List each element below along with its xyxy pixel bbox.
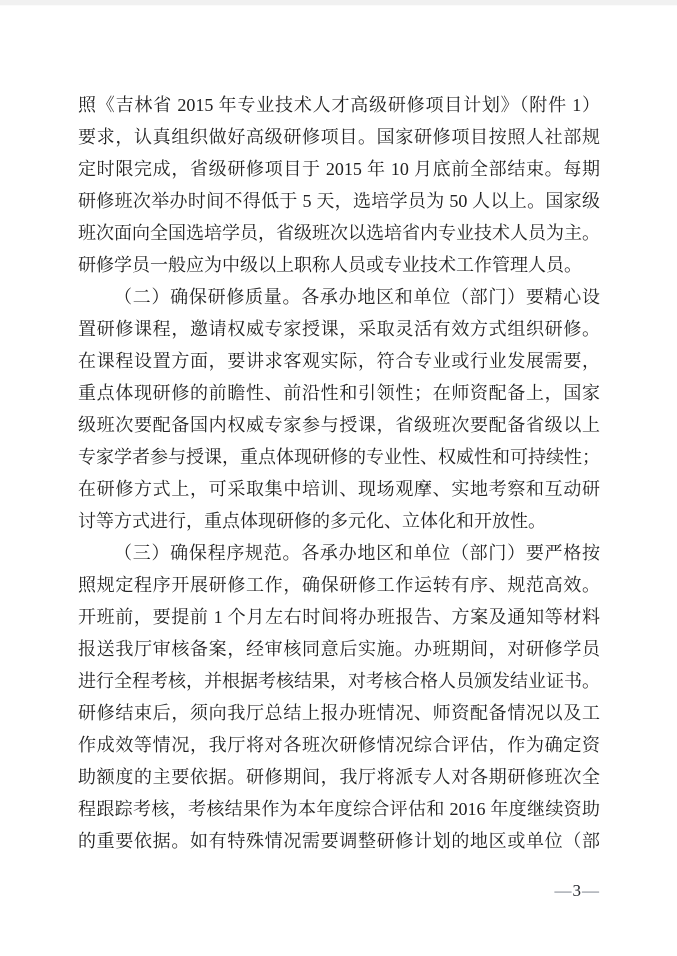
- page-number-dash: —: [582, 881, 600, 900]
- text-line: 开班前，要提前 1 个月左右时间将办班报告、方案及通知等材料: [78, 601, 600, 633]
- text-line: 照规定程序开展研修工作，确保研修工作运转有序、规范高效。: [78, 569, 600, 601]
- text-line: 置研修课程，邀请权威专家授课，采取灵活有效方式组织研修。: [78, 313, 600, 345]
- text-line: 报送我厅审核备案，经审核同意后实施。办班期间，对研修学员: [78, 633, 600, 665]
- text-line: 研修学员一般应为中级以上职称人员或专业技术工作管理人员。: [78, 249, 600, 281]
- text-line: 在课程设置方面，要讲求客观实际，符合专业或行业发展需要，: [78, 345, 600, 377]
- text-line: （二）确保研修质量。各承办地区和单位（部门）要精心设: [78, 281, 600, 313]
- paragraph-2: （二）确保研修质量。各承办地区和单位（部门）要精心设 置研修课程，邀请权威专家授…: [78, 281, 600, 537]
- document-page: 照《吉林省 2015 年专业技术人才高级研修项目计划》（附件 1） 要求，认真组…: [0, 0, 677, 956]
- text-line: 的重要依据。如有特殊情况需要调整研修计划的地区或单位（部: [78, 825, 600, 857]
- document-body: 照《吉林省 2015 年专业技术人才高级研修项目计划》（附件 1） 要求，认真组…: [78, 89, 600, 857]
- text-line: （三）确保程序规范。各承办地区和单位（部门）要严格按: [78, 537, 600, 569]
- text-line: 照《吉林省 2015 年专业技术人才高级研修项目计划》（附件 1）: [78, 89, 600, 121]
- page-number: —3—: [555, 879, 601, 903]
- text-line: 要求，认真组织做好高级研修项目。国家研修项目按照人社部规: [78, 121, 600, 153]
- paragraph-3: （三）确保程序规范。各承办地区和单位（部门）要严格按 照规定程序开展研修工作，确…: [78, 537, 600, 857]
- text-line: 进行全程考核，并根据考核结果，对考核合格人员颁发结业证书。: [78, 665, 600, 697]
- text-line: 程跟踪考核，考核结果作为本年度综合评估和 2016 年度继续资助: [78, 793, 600, 825]
- scan-edge-artifact: [0, 0, 677, 6]
- text-line: 助额度的主要依据。研修期间，我厅将派专人对各期研修班次全: [78, 761, 600, 793]
- text-line: 讨等方式进行，重点体现研修的多元化、立体化和开放性。: [78, 505, 600, 537]
- text-line: 研修班次举办时间不得低于 5 天，选培学员为 50 人以上。国家级: [78, 185, 600, 217]
- text-line: 重点体现研修的前瞻性、前沿性和引领性；在师资配备上，国家: [78, 377, 600, 409]
- text-line: 定时限完成，省级研修项目于 2015 年 10 月底前全部结束。每期: [78, 153, 600, 185]
- paragraph-1: 照《吉林省 2015 年专业技术人才高级研修项目计划》（附件 1） 要求，认真组…: [78, 89, 600, 281]
- text-line: 班次面向全国选培学员，省级班次以选培省内专业技术人员为主。: [78, 217, 600, 249]
- text-line: 级班次要配备国内权威专家参与授课，省级班次要配备省级以上: [78, 409, 600, 441]
- page-number-value: 3: [573, 881, 583, 900]
- text-line: 作成效等情况，我厅将对各班次研修情况综合评估，作为确定资: [78, 729, 600, 761]
- text-line: 在研修方式上，可采取集中培训、现场观摩、实地考察和互动研: [78, 473, 600, 505]
- page-number-dash: —: [555, 881, 573, 900]
- text-line: 专家学者参与授课，重点体现研修的专业性、权威性和可持续性；: [78, 441, 600, 473]
- text-line: 研修结束后，须向我厅总结上报办班情况、师资配备情况以及工: [78, 697, 600, 729]
